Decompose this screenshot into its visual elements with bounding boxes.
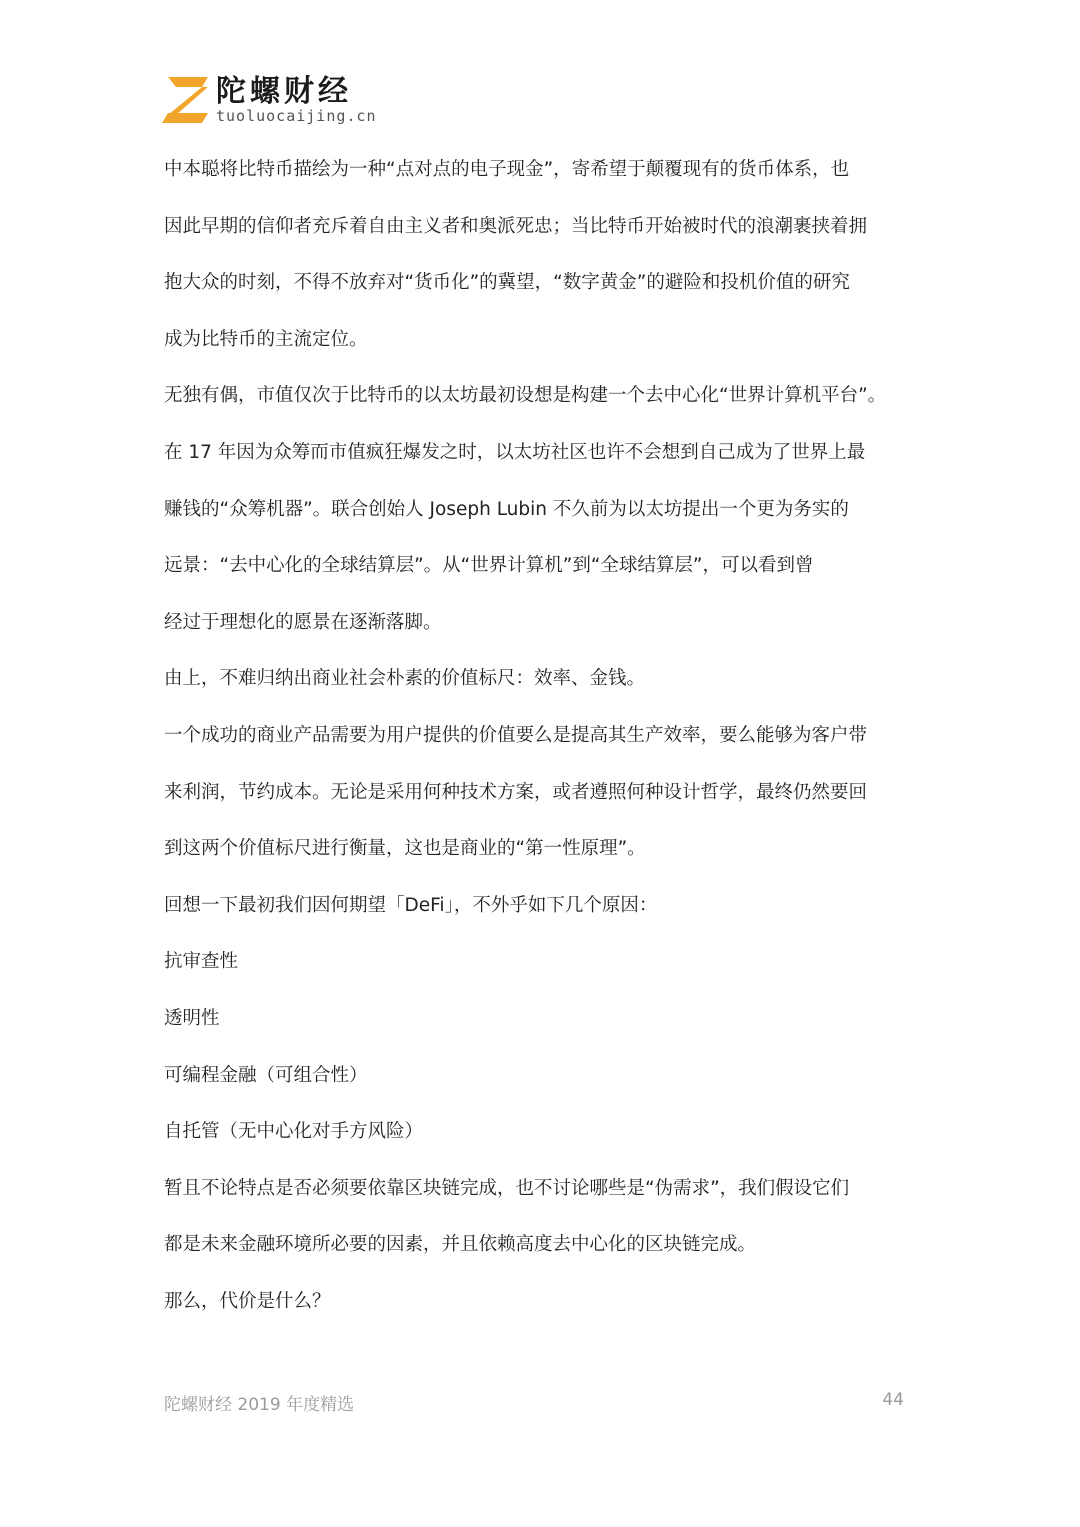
body-line: 经过于理想化的愿景在逐渐落脚。: [164, 595, 934, 652]
footer-publication: 陀螺财经 2019 年度精选: [164, 1390, 354, 1415]
article-body: 中本聪将比特币描绘为一种“点对点的电子现金”，寄希望于颠覆现有的货币体系，也 因…: [164, 142, 934, 1330]
body-line: 因此早期的信仰者充斥着自由主义者和奥派死忠；当比特币开始被时代的浪潮裹挟着拥: [164, 199, 934, 256]
body-line: 一个成功的商业产品需要为用户提供的价值要么是提高其生产效率，要么能够为客户带: [164, 708, 934, 765]
body-line: 暂且不论特点是否必须要依靠区块链完成，也不讨论哪些是“伪需求”，我们假设它们: [164, 1161, 934, 1218]
page-footer: 陀螺财经 2019 年度精选 44: [164, 1390, 904, 1415]
list-item: 自托管（无中心化对手方风险）: [164, 1104, 934, 1161]
body-line: 抱大众的时刻，不得不放弃对“货币化”的冀望，“数字黄金”的避险和投机价值的研究: [164, 255, 934, 312]
list-item: 透明性: [164, 991, 934, 1048]
body-line: 成为比特币的主流定位。: [164, 312, 934, 369]
z-logo-icon: [162, 75, 210, 125]
list-item: 可编程金融（可组合性）: [164, 1048, 934, 1105]
brand-logo-text: 陀螺财经 tuoluocaijing.cn: [216, 76, 377, 124]
page-header: 陀螺财经 tuoluocaijing.cn: [162, 72, 377, 128]
list-item: 抗审查性: [164, 934, 934, 991]
body-line: 来利润，节约成本。无论是采用何种技术方案，或者遵照何种设计哲学，最终仍然要回: [164, 765, 934, 822]
body-line: 到这两个价值标尺进行衡量，这也是商业的“第一性原理”。: [164, 821, 934, 878]
body-line: 那么，代价是什么？: [164, 1274, 934, 1331]
body-line: 赚钱的“众筹机器”。联合创始人 Joseph Lubin 不久前为以太坊提出一个…: [164, 482, 934, 539]
brand-name-cn: 陀螺财经: [216, 76, 377, 108]
body-line: 远景：“去中心化的全球结算层”。从“世界计算机”到“全球结算层”，可以看到曾: [164, 538, 934, 595]
body-line: 由上，不难归纳出商业社会朴素的价值标尺：效率、金钱。: [164, 651, 934, 708]
body-line: 无独有偶，市值仅次于比特币的以太坊最初设想是构建一个去中心化“世界计算机平台”。: [164, 368, 934, 425]
brand-domain: tuoluocaijing.cn: [216, 108, 377, 124]
body-line: 都是未来金融环境所必要的因素，并且依赖高度去中心化的区块链完成。: [164, 1217, 934, 1274]
body-line: 中本聪将比特币描绘为一种“点对点的电子现金”，寄希望于颠覆现有的货币体系，也: [164, 142, 934, 199]
body-line: 在 17 年因为众筹而市值疯狂爆发之时，以太坊社区也许不会想到自己成为了世界上最: [164, 425, 934, 482]
body-line: 回想一下最初我们因何期望「DeFi」，不外乎如下几个原因：: [164, 878, 934, 935]
page-number: 44: [882, 1390, 904, 1415]
